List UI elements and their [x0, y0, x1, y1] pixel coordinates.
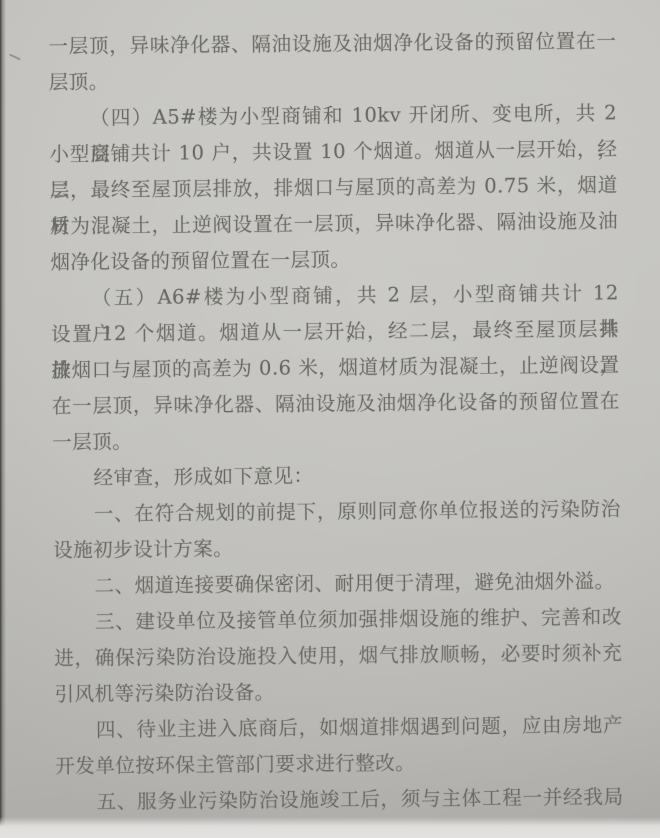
text-line-20: 四、待业主进入底商后，如烟道排烟遇到问题，应由房地产	[55, 707, 623, 748]
text-line-22: 五、服务业污染防治设施竣工后，须与主体工程一并经我局	[55, 779, 623, 820]
text-line-11: 在一层顶，异味净化器、隔油设施及油烟净化设备的预留位置在	[52, 383, 620, 424]
photo-left-edge	[0, 0, 6, 838]
text-line-19: 引风机等污染防治设备。	[54, 671, 622, 712]
text-line-13: 经审查，形成如下意见：	[52, 455, 620, 496]
text-line-6: 质为混凝土，止逆阀设置在一层顶，异味净化器、隔油设施及油	[50, 203, 618, 244]
text-line-9: 设置 12 个烟道。烟道从一层开始，经二层，最终至屋顶层排放，	[51, 311, 619, 352]
text-line-21: 开发单位按环保主管部门要求进行整改。	[55, 743, 623, 784]
document-text-block: 一层顶，异味净化器、隔油设施及油烟净化设备的预留位置在一层顶。（四）A5#楼为小…	[48, 23, 624, 820]
text-line-4: 小型商铺共计 10 户，共设置 10 个烟道。烟道从一层开始，经二	[49, 131, 617, 172]
text-line-18: 进，确保污染防治设施投入使用，烟气排放顺畅，必要时须补充	[54, 635, 622, 676]
document-photo: 一层顶，异味净化器、隔油设施及油烟净化设备的预留位置在一层顶。（四）A5#楼为小…	[0, 0, 660, 838]
text-line-17: 三、建设单位及接管单位须加强排烟设施的维护、完善和改	[54, 599, 622, 640]
text-line-1: 一层顶，异味净化器、隔油设施及油烟净化设备的预留位置在一	[48, 23, 616, 64]
text-line-10: 排烟口与屋顶的高差为 0.6 米，烟道材质为混凝土，止逆阀设置	[51, 347, 619, 388]
text-line-12: 一层顶。	[52, 419, 620, 460]
text-line-2: 层顶。	[49, 59, 617, 100]
text-line-8: （五）A6#楼为小型商铺，共 2 层，小型商铺共计 12 户，共	[51, 275, 619, 316]
text-line-16: 二、烟道连接要确保密闭、耐用便于清理，避免油烟外溢。	[53, 563, 621, 604]
text-line-3: （四）A5#楼为小型商铺和 10kv 开闭所、变电所，共 2 层，	[49, 95, 617, 136]
text-line-14: 一、在符合规划的前提下，原则同意你单位报送的污染防治	[53, 491, 621, 532]
text-line-5: 层，最终至屋顶层排放，排烟口与屋顶的高差为 0.75 米，烟道材	[50, 167, 618, 208]
text-line-7: 烟净化设备的预留位置在一层顶。	[50, 239, 618, 280]
text-line-15: 设施初步设计方案。	[53, 527, 621, 568]
paper-scratch-mark	[9, 54, 21, 60]
